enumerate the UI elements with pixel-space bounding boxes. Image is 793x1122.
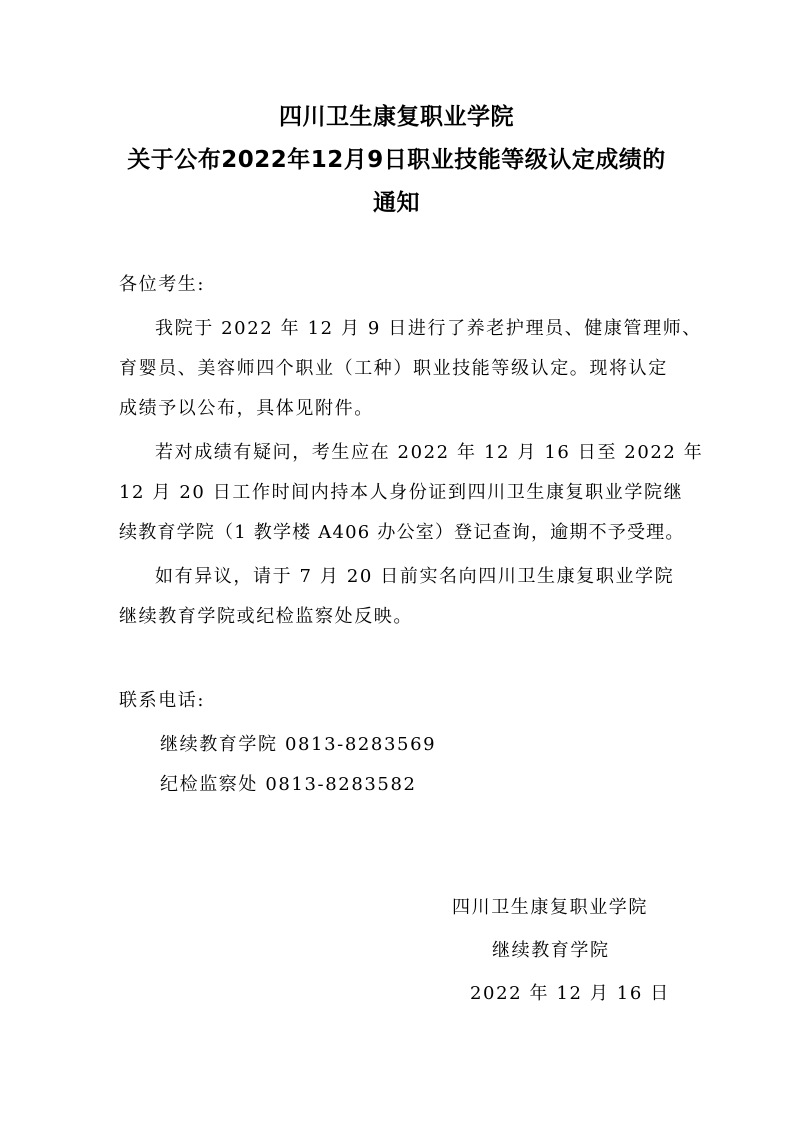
- salutation: 各位考生:: [119, 272, 205, 298]
- signature-org: 四川卫生康复职业学院: [452, 895, 648, 921]
- title-institution: 四川卫生康复职业学院: [0, 102, 793, 132]
- para2-line3: 续教育学院（1 教学楼 A406 办公室）登记查询，逾期不予受理。: [119, 520, 685, 546]
- contact-item-discipline-inspection: 纪检监察处 0813-8283582: [160, 772, 417, 798]
- para1-line3: 成绩予以公布，具体见附件。: [119, 396, 374, 422]
- contact-name: 继续教育学院: [160, 734, 278, 755]
- para3-line1: 如有异议，请于 7 月 20 日前实名向四川卫生康复职业学院: [155, 564, 674, 590]
- contact-label: 联系电话:: [119, 688, 205, 714]
- title-notice: 通知: [0, 188, 793, 218]
- para2-line2: 12 月 20 日工作时间内持本人身份证到四川卫生康复职业学院继: [119, 480, 683, 506]
- para1-line1: 我院于 2022 年 12 月 9 日进行了养老护理员、健康管理师、: [155, 316, 702, 342]
- contact-phone: 0813-8283569: [285, 734, 436, 755]
- para3-line2: 继续教育学院或纪检监察处反映。: [119, 604, 413, 630]
- para1-line2: 育婴员、美容师四个职业（工种）职业技能等级认定。现将认定: [119, 356, 668, 382]
- signature-date: 2022 年 12 月 16 日: [470, 981, 670, 1007]
- signature-dept: 继续教育学院: [492, 938, 610, 964]
- contact-name: 纪检监察处: [160, 774, 258, 795]
- contact-item-continuing-education: 继续教育学院 0813-8283569: [160, 732, 436, 758]
- contact-phone: 0813-8283582: [265, 774, 416, 795]
- title-subject: 关于公布2022年12月9日职业技能等级认定成绩的: [0, 145, 793, 175]
- document-page: 四川卫生康复职业学院 关于公布2022年12月9日职业技能等级认定成绩的 通知 …: [0, 0, 793, 1122]
- para2-line1: 若对成绩有疑问，考生应在 2022 年 12 月 16 日至 2022 年: [155, 440, 703, 466]
